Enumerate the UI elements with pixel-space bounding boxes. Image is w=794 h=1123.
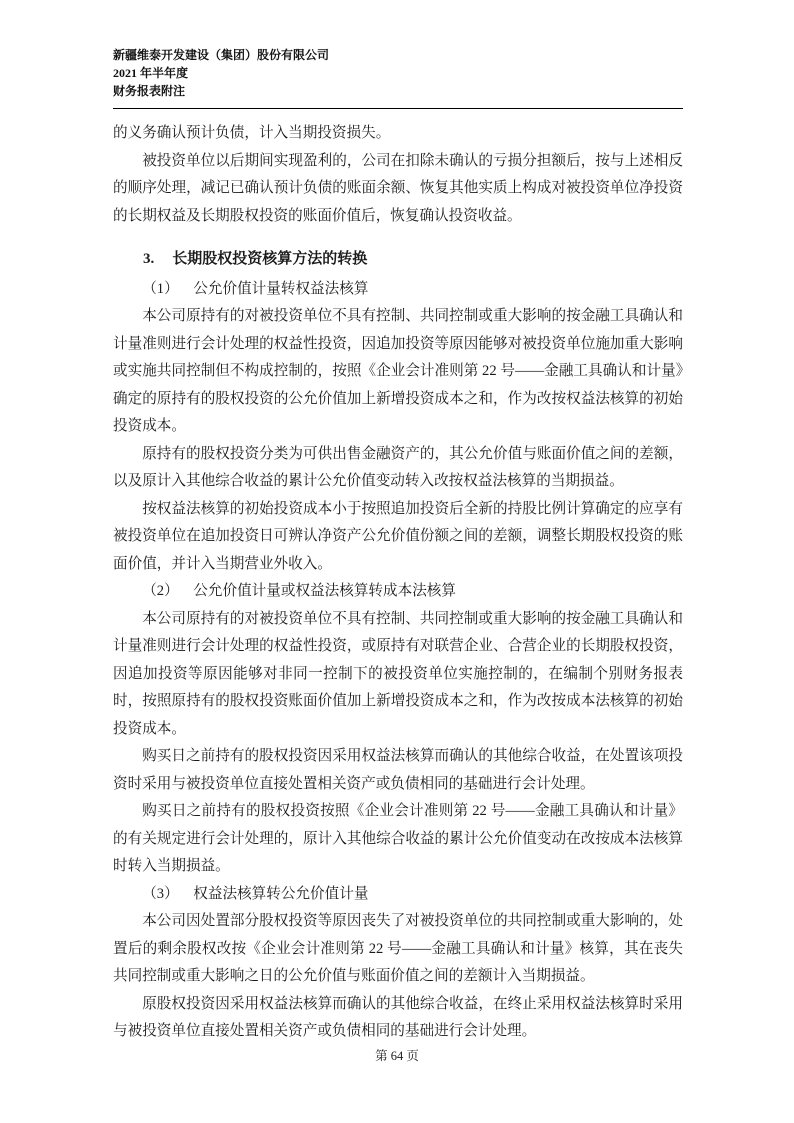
- company-name: 新疆维泰开发建设（集团）股份有限公司: [113, 46, 683, 64]
- document-body: 的义务确认预计负债，计入当期投资损失。 被投资单位以后期间实现盈利的，公司在扣除…: [113, 120, 683, 1046]
- subsection-2-number: （2）: [142, 583, 179, 599]
- subsection-3-title: 权益法核算转公允价值计量: [193, 886, 368, 902]
- subsection-3-number: （3）: [142, 886, 179, 902]
- header-divider: [113, 108, 683, 109]
- subsection-1-title: 公允价值计量转权益法核算: [193, 281, 368, 297]
- paragraph: 购买日之前持有的股权投资按照《企业会计准则第 22 号——金融工具确认和计量》的…: [113, 798, 683, 881]
- paragraph: 本公司因处置部分股权投资等原因丧失了对被投资单位的共同控制或重大影响的，处置后的…: [113, 908, 683, 991]
- document-title: 财务报表附注: [113, 82, 683, 100]
- subsection-2-title: 公允价值计量或权益法核算转成本法核算: [193, 583, 456, 599]
- subsection-1-heading: （1）公允价值计量转权益法核算: [113, 276, 683, 304]
- subsection-3-heading: （3）权益法核算转公允价值计量: [113, 881, 683, 909]
- subsection-2-heading: （2）公允价值计量或权益法核算转成本法核算: [113, 578, 683, 606]
- paragraph: 原持有的股权投资分类为可供出售金融资产的，其公允价值与账面价值之间的差额，以及原…: [113, 441, 683, 496]
- paragraph: 本公司原持有的对被投资单位不具有控制、共同控制或重大影响的按金融工具确认和计量准…: [113, 606, 683, 744]
- document-page: 新疆维泰开发建设（集团）股份有限公司 2021 年半年度 财务报表附注 的义务确…: [0, 0, 794, 1123]
- paragraph: 本公司原持有的对被投资单位不具有控制、共同控制或重大影响的按金融工具确认和计量准…: [113, 303, 683, 441]
- paragraph-recovery: 被投资单位以后期间实现盈利的，公司在扣除未确认的亏损分担额后，按与上述相反的顺序…: [113, 148, 683, 231]
- paragraph-continuation: 的义务确认预计负债，计入当期投资损失。: [113, 120, 683, 148]
- page-header: 新疆维泰开发建设（集团）股份有限公司 2021 年半年度 财务报表附注: [113, 46, 683, 100]
- page-number: 第 64 页: [375, 1049, 419, 1063]
- section-heading: 3.长期股权投资核算方法的转换: [113, 246, 683, 274]
- paragraph: 原股权投资因采用权益法核算而确认的其他综合收益，在终止采用权益法核算时采用与被投…: [113, 991, 683, 1046]
- paragraph: 按权益法核算的初始投资成本小于按照追加投资后全新的持股比例计算确定的应享有被投资…: [113, 496, 683, 579]
- subsection-1-number: （1）: [142, 281, 179, 297]
- report-period: 2021 年半年度: [113, 64, 683, 82]
- page-footer: 第 64 页: [0, 1046, 794, 1064]
- section-title: 长期股权投资核算方法的转换: [172, 251, 367, 267]
- paragraph: 购买日之前持有的股权投资因采用权益法核算而确认的其他综合收益，在处置该项投资时采…: [113, 743, 683, 798]
- section-number: 3.: [143, 251, 154, 267]
